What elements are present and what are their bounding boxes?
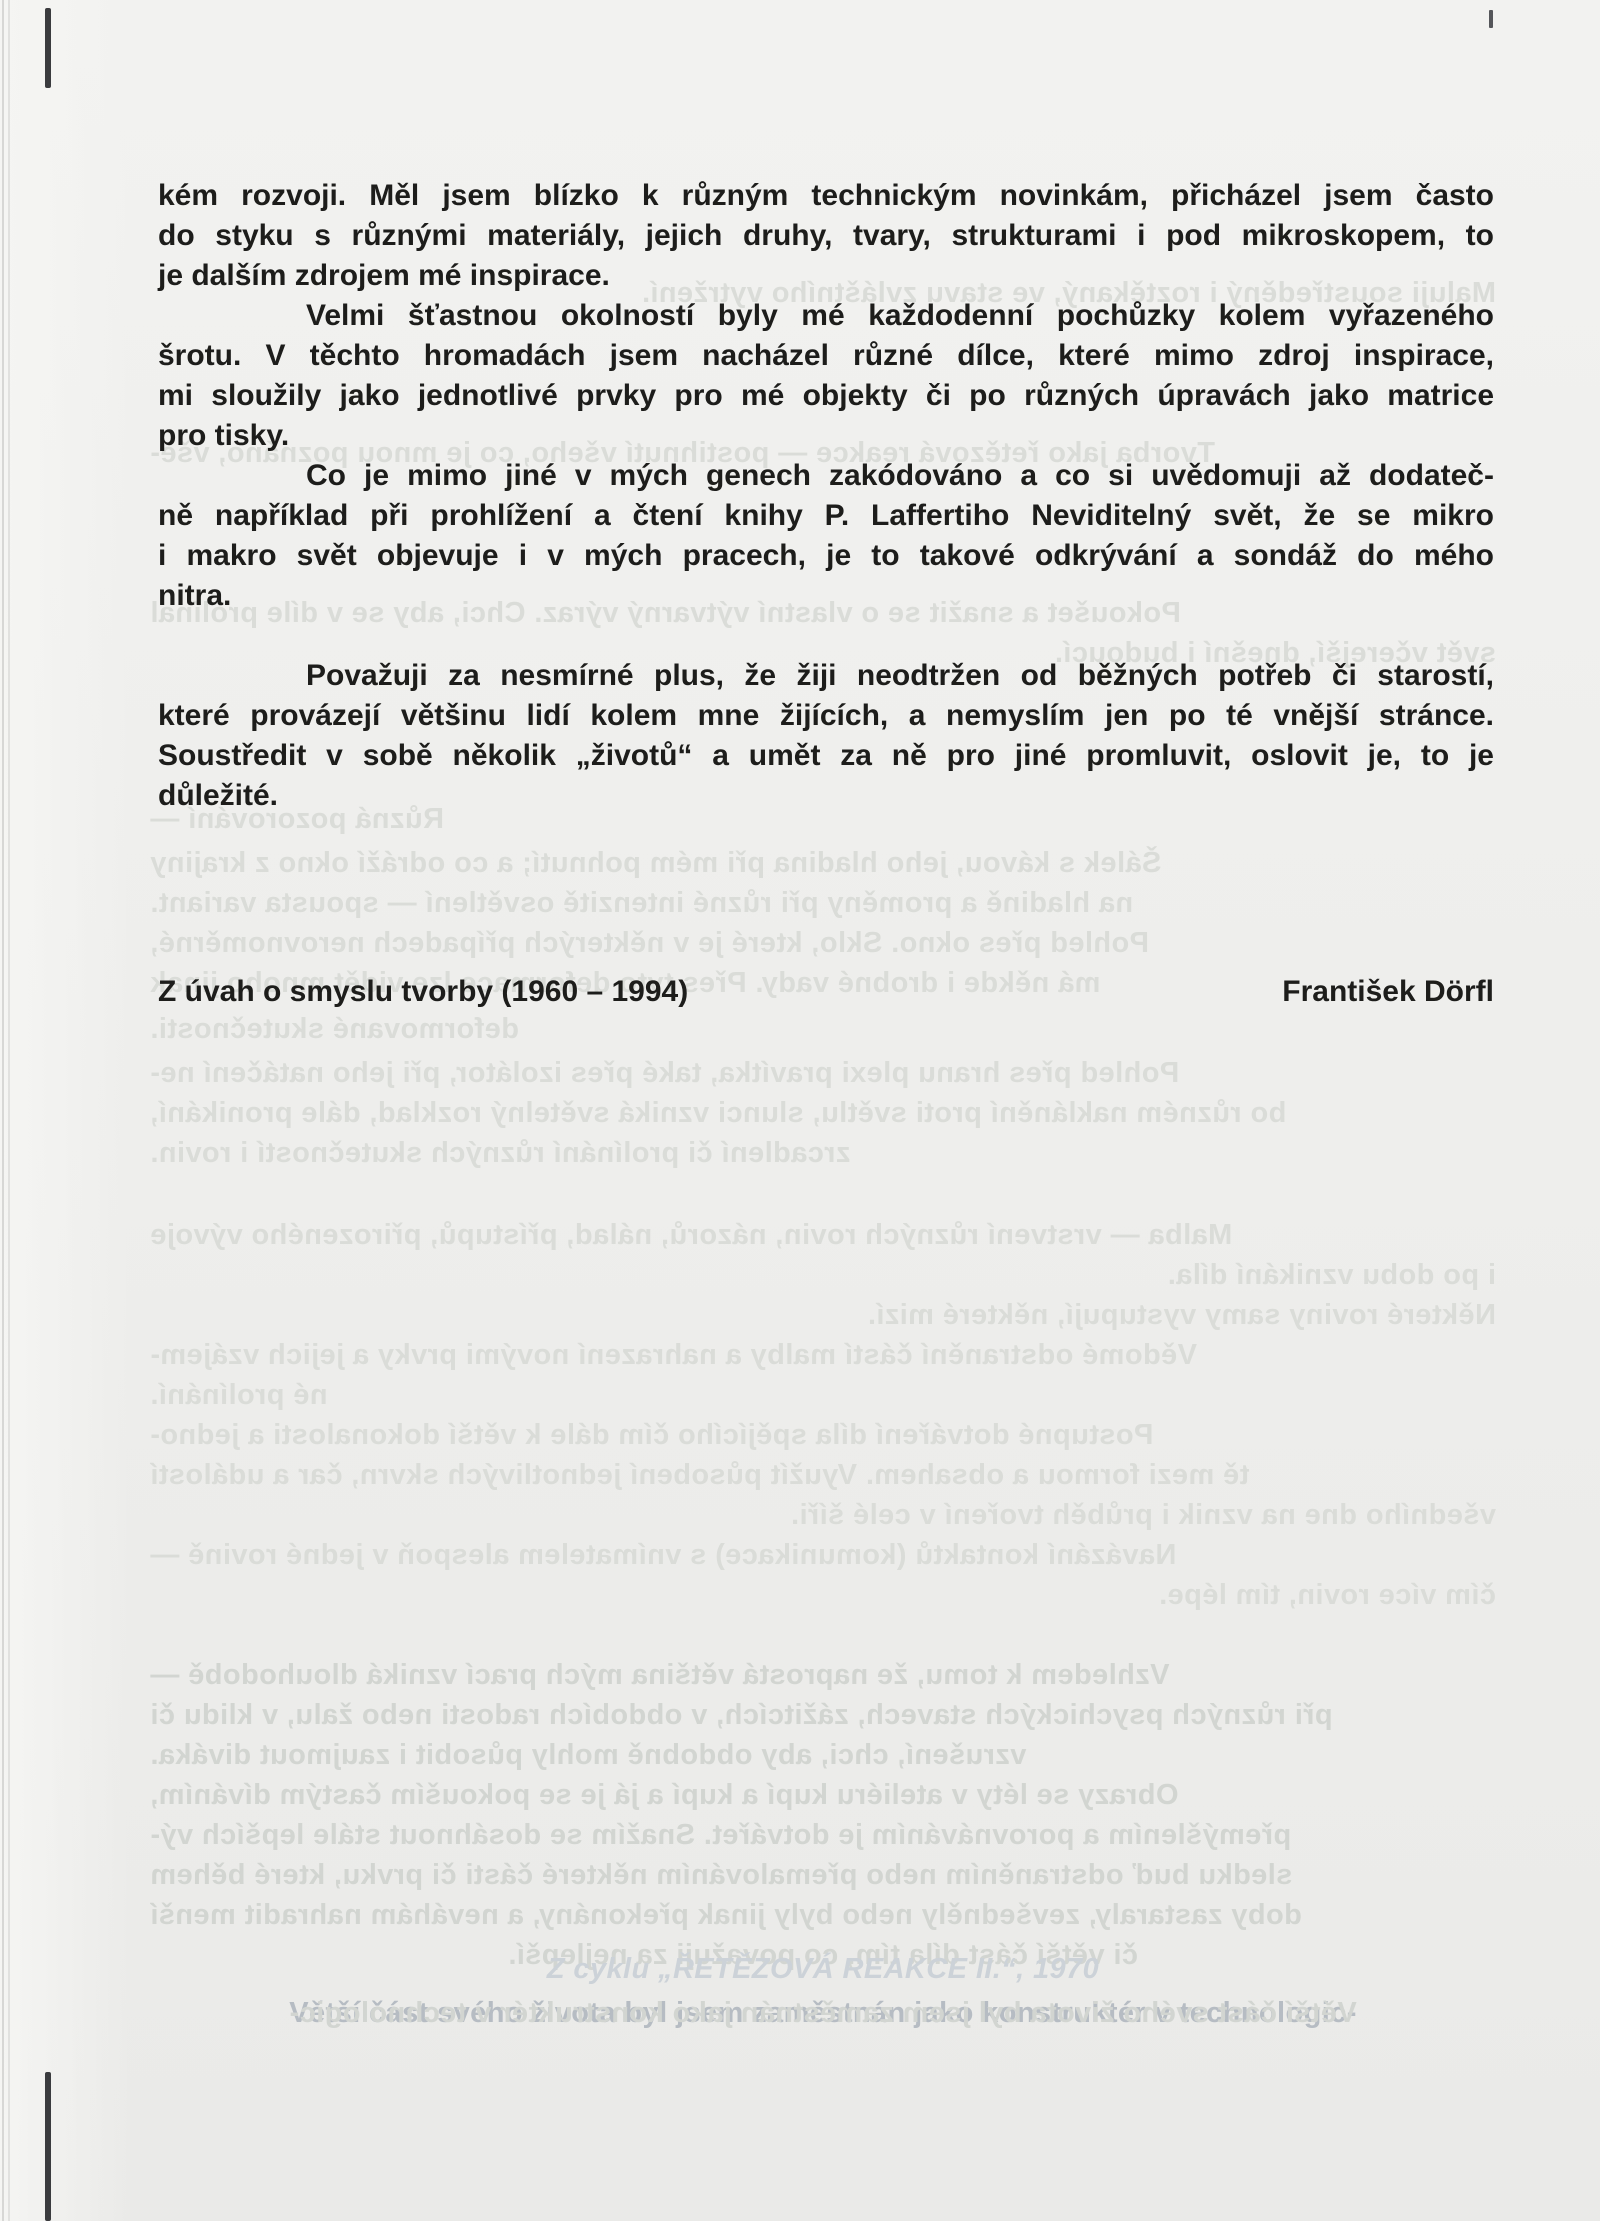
paragraph: Co je mimo jiné v mých genech zakódováno…	[158, 456, 1494, 616]
text-line: do styku s různými materiály, jejich dru…	[158, 216, 1494, 256]
ghost-text-line: při různých psychických stavech, zážitcí…	[150, 1698, 1496, 1732]
body-paragraphs: kém rozvoji. Měl jsem blízko k různým te…	[158, 176, 1494, 816]
ghost-text-line: Vzhledem k tomu, že naprostá většina mýc…	[150, 1658, 1496, 1692]
scanned-page: Maluji soustředěný i roztěkaný, ve stavu…	[0, 0, 1600, 2221]
text-line: Velmi šťastnou okolností byly mé každode…	[158, 296, 1494, 336]
ghost-text-line: všedního dne na vznik i průběh tvoření v…	[150, 1498, 1496, 1532]
ghost-text-line: né prolínání.	[150, 1378, 1496, 1412]
attribution-row: Z úvah o smyslu tvorby (1960 – 1994) Fra…	[158, 972, 1494, 1012]
text-line: i makro svět objevuje i v mých pracech, …	[158, 536, 1494, 576]
ghost-text-line: Navázání kontaktů (komunikace) s vnímate…	[150, 1538, 1496, 1572]
ghost-text-line: Některé roviny samy vystupují, některé m…	[150, 1298, 1496, 1332]
ghost-text-line: Malba — vrstvení různých rovin, názorů, …	[150, 1218, 1496, 1252]
ghost-text-line: Větší část svého života byl jsem zaměstn…	[150, 1996, 1496, 2030]
ghost-text-line: Pohled přes okno. Sklo, které je v někte…	[150, 926, 1496, 960]
ghost-text-line: Pohled přes hranu plexi pravítka, také p…	[150, 1056, 1496, 1090]
author-name: František Dörfl	[1282, 972, 1494, 1012]
ghost-text-line: čím více rovin, tím lépe.	[150, 1578, 1496, 1612]
paragraph: kém rozvoji. Měl jsem blízko k různým te…	[158, 176, 1494, 296]
paragraph: Považuji za nesmírné plus, že žiji neodt…	[158, 656, 1494, 816]
ghost-text-line: sledku buď odstraněním nebo přemalováním…	[150, 1858, 1496, 1892]
text-line: mi sloužily jako jednotlivé prvky pro mé…	[158, 376, 1494, 416]
ghost-text-line: Postupné dotváření díla spějícího čím dá…	[150, 1418, 1496, 1452]
text-line: které provázejí většinu lidí kolem mne ž…	[158, 696, 1494, 736]
ghost-text-line: doby zastaraly, zevšedněly nebo byly jin…	[150, 1898, 1496, 1932]
paragraph: Velmi šťastnou okolností byly mé každode…	[158, 296, 1494, 456]
text-line: důležité.	[158, 776, 1494, 816]
ghost-text-line: Vědomé odstranění částí malby a nahrazen…	[150, 1338, 1496, 1372]
ghost-text-line: Obrazy se léty v ateliéru kupí a kupí a …	[150, 1778, 1496, 1812]
text-line: Co je mimo jiné v mých genech zakódováno…	[158, 456, 1494, 496]
ghost-text-line: deformované skutečnosti.	[150, 1012, 1496, 1046]
text-line: šrotu. V těchto hromadách jsem nacházel …	[158, 336, 1494, 376]
ghost-text-line: tě mezi formou a obsahem. Využít působen…	[150, 1458, 1496, 1492]
ghost-text-line: Šálek s kávou, jeho hladina při mém pohn…	[150, 846, 1496, 880]
ghost-text-line: bo různém naklánění proti světlu, slunci…	[150, 1096, 1496, 1130]
text-line: ně například při prohlížení a čtení knih…	[158, 496, 1494, 536]
text-line: kém rozvoji. Měl jsem blízko k různým te…	[158, 176, 1494, 216]
ghost-text-line: i po dobu vznikání díla.	[150, 1258, 1496, 1292]
text-line: Soustředit v sobě několik „životů“ a umě…	[158, 736, 1494, 776]
text-line: Považuji za nesmírné plus, že žiji neodt…	[158, 656, 1494, 696]
ghost-text-line: vzrušení, chci, aby obdobně mohly působi…	[150, 1738, 1496, 1772]
ghost-text-line: zrcadlení či prolínání různých skutečnos…	[150, 1136, 1496, 1170]
text-line: nitra.	[158, 576, 1494, 616]
text-line: pro tisky.	[158, 416, 1494, 456]
text-line: je dalším zdrojem mé inspirace.	[158, 256, 1494, 296]
ghost-text-line: přemýšlením a porovnáváním je dotvářet. …	[150, 1818, 1496, 1852]
ghost-text-line: Z cyklu „ŘETĚZOVÁ REAKCE II.“, 1970	[150, 1952, 1496, 1986]
page-text: kém rozvoji. Měl jsem blízko k různým te…	[158, 176, 1494, 816]
ghost-text-line: na hladině a proměny při různé intenzitě…	[150, 886, 1496, 920]
source-title: Z úvah o smyslu tvorby (1960 – 1994)	[158, 972, 688, 1012]
